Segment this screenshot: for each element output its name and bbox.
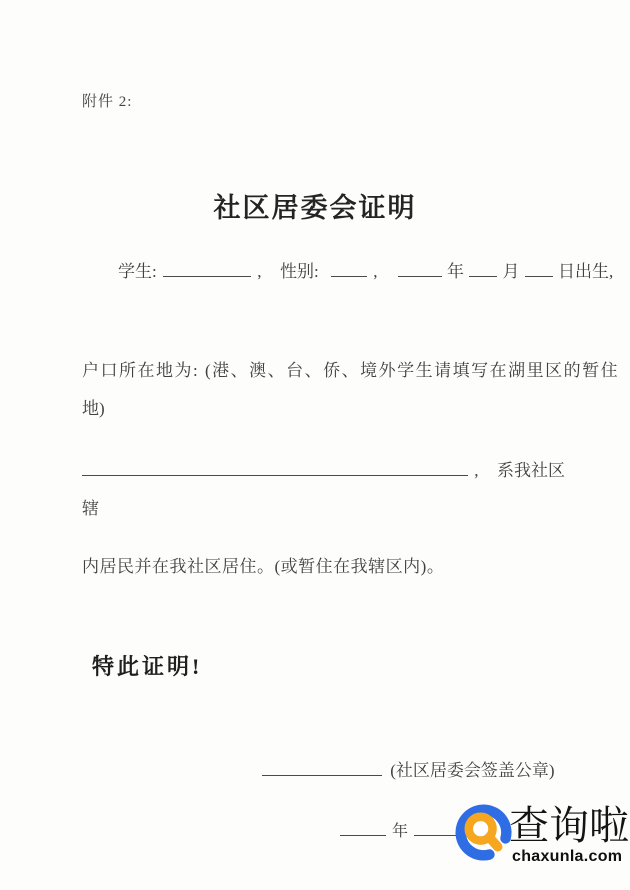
comma: , [373, 262, 377, 281]
student-info-line: 学生: , 性别: , 年 月 日出生, [118, 257, 613, 282]
certify-statement: 特此证明! [92, 650, 202, 681]
committee-name-blank [262, 761, 382, 776]
birth-suffix: 日出生, [558, 262, 613, 281]
birth-year-blank [398, 262, 442, 277]
community-suffix: 系我社区 [497, 461, 565, 480]
watermark-brand-name: 查询啦 [509, 803, 629, 849]
address-blank [82, 461, 468, 476]
scanned-certificate-document: { "doc": { "attachment": "附件 2:", "title… [0, 0, 630, 890]
month-label: 月 [502, 262, 519, 281]
chaxunla-watermark: 查询啦 chaxunla.com [454, 801, 630, 879]
date-year-label: 年 [392, 823, 408, 840]
document-title: 社区居委会证明 [0, 186, 630, 225]
magnifier-logo-icon [455, 804, 512, 861]
gender-label: 性别: [280, 262, 319, 281]
address-line: , 系我社区 [82, 456, 565, 481]
residence-note-line2: 地) [82, 394, 105, 419]
seal-signature-row: (社区居委会签盖公章) [262, 756, 555, 781]
residence-note-line1: 户口所在地为: (港、澳、台、侨、境外学生请填写在湖里区的暂住 [82, 356, 619, 381]
year-label: 年 [447, 262, 464, 281]
birth-month-blank [469, 262, 497, 277]
jurisdiction-char: 辖 [82, 494, 99, 519]
watermark-domain: chaxunla.com [512, 848, 622, 866]
student-label: 学生: [118, 262, 157, 281]
residency-statement: 内居民并在我社区居住。(或暂住在我辖区内)。 [82, 552, 444, 577]
seal-note: (社区居委会签盖公章) [390, 761, 554, 780]
gender-blank [331, 262, 367, 277]
student-name-blank [163, 262, 251, 277]
comma: , [257, 262, 261, 281]
logo-magnifier-handle [489, 837, 498, 847]
date-year-blank [340, 821, 386, 836]
comma: , [474, 461, 478, 480]
birth-day-blank [525, 262, 553, 277]
attachment-label: 附件 2: [82, 90, 132, 111]
date-row: 年 [338, 818, 468, 841]
